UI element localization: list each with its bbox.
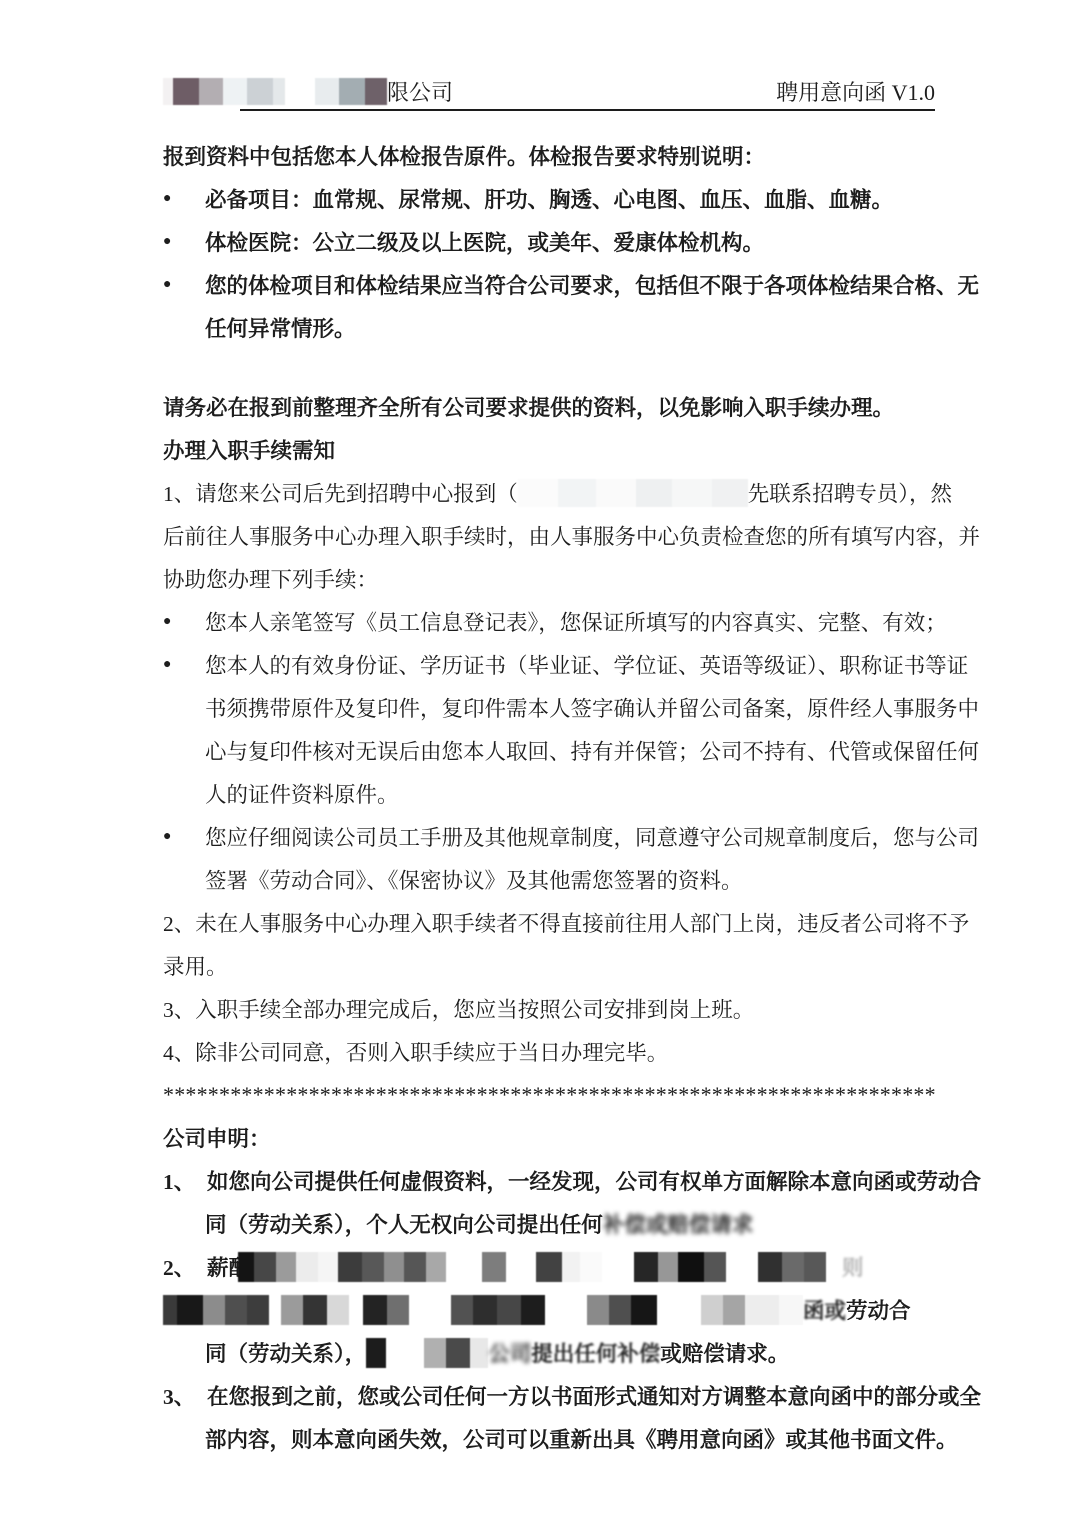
notice-bullet-2-text: 您本人的有效身份证、学历证书（毕业证、学位证、英语等级证）、职称证书等证 [205, 649, 968, 680]
notice-reminder: 请务必在报到前整理齐全所有公司要求提供的资料，以免影响入职手续办理。 [163, 385, 935, 428]
declaration-item-2-text-cont: 同（劳动关系）， [205, 1337, 366, 1368]
notice-item-3: 3、入职手续全部办理完成后，您应当按照公司安排到岗上班。 [163, 987, 935, 1030]
notice-bullet-3-text: 您应仔细阅读公司员工手册及其他规章制度，同意遵守公司规章制度后，您与公司 [205, 821, 979, 852]
notice-item-1-line-2-text: 后前往人事服务中心办理入职手续时，由人事服务中心负责检查您的所有填写内容，并 [163, 520, 980, 551]
declaration-item-1-line-2: 同（劳动关系），个人无权向公司提出任何 补偿或赔偿请求 [163, 1202, 935, 1245]
medical-bullet-1-text: 必备项目：血常规、尿常规、肝功、胸透、心电图、血压、血脂、血糖。 [205, 183, 893, 214]
notice-bullet-2-text-cont: 人的证件资料原件。 [205, 778, 399, 809]
declaration-heading: 公司申明： [163, 1116, 935, 1159]
page-header: 限公司 聘用意向函 V1.0 [163, 75, 935, 108]
medical-bullet-2-text: 体检医院：公立二级及以上医院，或美年、爱康体检机构。 [205, 226, 764, 257]
redacted-contact-info [518, 479, 748, 507]
medical-bullet-3-line-2: 任何异常情形。 [163, 306, 935, 349]
bullet-icon: ● [163, 658, 205, 672]
faint-text-remnant: 则 [842, 1251, 864, 1282]
medical-lead-text: 报到资料中包括您本人体检报告原件。体检报告要求特别说明： [163, 140, 765, 171]
company-name-suffix: 限公司 [387, 76, 453, 107]
header-rule [240, 109, 935, 111]
partially-blurred-text: 提出任何补偿 [531, 1337, 660, 1368]
notice-item-2-text: 2、未在人事服务中心办理入职手续者不得直接前往用人部门上岗，违反者公司将不予 [163, 907, 969, 938]
notice-item-1-prefix: 1、请您来公司后先到招聘中心报到（ [163, 477, 518, 508]
notice-item-1-line-1: 1、请您来公司后先到招聘中心报到（ 先联系招聘专员），然 [163, 471, 935, 514]
notice-item-1-line-3-text: 协助您办理下列手续： [163, 563, 378, 594]
declaration-item-2-text-cont: 劳动合 [846, 1294, 911, 1325]
declaration-item-2-text-end: 或赔偿请求。 [660, 1337, 789, 1368]
notice-item-2-line-1: 2、未在人事服务中心办理入职手续者不得直接前往用人部门上岗，违反者公司将不予 [163, 901, 935, 944]
notice-bullet-2-line-3: 心与复印件核对无误后由您本人取回、持有并保管；公司不持有、代管或保留任何 [163, 729, 935, 772]
notice-bullet-3-line-2: 签署《劳动合同》、《保密协议》及其他需您签署的资料。 [163, 858, 935, 901]
asterisk-separator-text: ****************************************… [163, 1082, 935, 1108]
declaration-item-3-text-cont: 部内容，则本意向函失效，公司可以重新出具《聘用意向函》或其他书面文件。 [205, 1423, 958, 1454]
redacted-company-name-block-1 [163, 78, 285, 105]
redacted-text-block [163, 1295, 803, 1325]
bullet-icon: ● [163, 278, 205, 292]
document-title: 聘用意向函 V1.0 [776, 76, 935, 107]
notice-bullet-1-text: 您本人亲笔签写《员工信息登记表》，您保证所填写的内容真实、完整、有效； [205, 606, 947, 637]
declaration-item-3-line-1: 3、 在您报到之前，您或公司任何一方以书面形式通知对方调整本意向函中的部分或全 [163, 1374, 935, 1417]
bullet-icon: ● [163, 192, 205, 206]
notice-heading: 办理入职手续需知 [163, 428, 935, 471]
medical-bullet-1: ● 必备项目：血常规、尿常规、肝功、胸透、心电图、血压、血脂、血糖。 [163, 177, 935, 220]
notice-bullet-2-line-2: 书须携带原件及复印件，复印件需本人签字确认并留公司备案，原件经人事服务中 [163, 686, 935, 729]
document-page: 限公司 聘用意向函 V1.0 报到资料中包括您本人体检报告原件。体检报告要求特别… [0, 0, 1080, 1527]
declaration-item-1-text-cont: 同（劳动关系），个人无权向公司提出任何 [205, 1208, 603, 1239]
declaration-item-3-line-2: 部内容，则本意向函失效，公司可以重新出具《聘用意向函》或其他书面文件。 [163, 1417, 935, 1460]
redacted-company-name-block-2 [315, 78, 387, 105]
declaration-item-1-line-1: 1、 如您向公司提供任何虚假资料，一经发现，公司有权单方面解除本意向函或劳动合 [163, 1159, 935, 1202]
redacted-text-block [366, 1338, 488, 1368]
redacted-text-block [238, 1252, 842, 1282]
partially-blurred-text: 函或 [803, 1294, 846, 1325]
redacted-blurred-text: 公司 [488, 1337, 531, 1368]
notice-bullet-1: ● 您本人亲笔签写《员工信息登记表》，您保证所填写的内容真实、完整、有效； [163, 600, 935, 643]
notice-bullet-2-line-1: ● 您本人的有效身份证、学历证书（毕业证、学位证、英语等级证）、职称证书等证 [163, 643, 935, 686]
medical-bullet-3-text: 您的体检项目和体检结果应当符合公司要求，包括但不限于各项体检结果合格、无 [205, 269, 979, 300]
notice-item-4-text: 4、除非公司同意，否则入职手续应于当日办理完毕。 [163, 1036, 668, 1067]
medical-bullet-3-text-cont: 任何异常情形。 [205, 312, 356, 343]
declaration-item-2-line-1: 2、 薪酬 则 [163, 1245, 935, 1288]
medical-lead-paragraph: 报到资料中包括您本人体检报告原件。体检报告要求特别说明： [163, 134, 935, 177]
notice-heading-text: 办理入职手续需知 [163, 434, 335, 465]
medical-bullet-2: ● 体检医院：公立二级及以上医院，或美年、爱康体检机构。 [163, 220, 935, 263]
declaration-item-1-number: 1、 [163, 1165, 207, 1196]
declaration-item-2-line-3: 同（劳动关系）， 公司 提出任何补偿 或赔偿请求。 [163, 1331, 935, 1374]
notice-bullet-2-text-cont: 书须携带原件及复印件，复印件需本人签字确认并留公司备案，原件经人事服务中 [205, 692, 979, 723]
notice-item-1-line-3: 协助您办理下列手续： [163, 557, 935, 600]
bullet-icon: ● [163, 615, 205, 629]
declaration-item-3-text: 在您报到之前，您或公司任何一方以书面形式通知对方调整本意向函中的部分或全 [207, 1380, 981, 1411]
notice-item-2-line-2: 录用。 [163, 944, 935, 987]
redacted-blurred-text: 补偿或赔偿请求 [603, 1208, 754, 1239]
medical-bullet-3-line-1: ● 您的体检项目和体检结果应当符合公司要求，包括但不限于各项体检结果合格、无 [163, 263, 935, 306]
bullet-icon: ● [163, 830, 205, 844]
declaration-item-1-text: 如您向公司提供任何虚假资料，一经发现，公司有权单方面解除本意向函或劳动合 [207, 1165, 981, 1196]
notice-bullet-2-text-cont: 心与复印件核对无误后由您本人取回、持有并保管；公司不持有、代管或保留任何 [205, 735, 979, 766]
notice-bullet-3-line-1: ● 您应仔细阅读公司员工手册及其他规章制度，同意遵守公司规章制度后，您与公司 [163, 815, 935, 858]
notice-item-3-text: 3、入职手续全部办理完成后，您应当按照公司安排到岗上班。 [163, 993, 754, 1024]
notice-item-2-text-cont: 录用。 [163, 950, 228, 981]
notice-reminder-text: 请务必在报到前整理齐全所有公司要求提供的资料，以免影响入职手续办理。 [163, 391, 894, 422]
declaration-heading-text: 公司申明： [163, 1122, 271, 1153]
notice-item-4: 4、除非公司同意，否则入职手续应于当日办理完毕。 [163, 1030, 935, 1073]
header-gap [285, 91, 315, 92]
notice-item-1-line-2: 后前往人事服务中心办理入职手续时，由人事服务中心负责检查您的所有填写内容，并 [163, 514, 935, 557]
notice-item-1-suffix: 先联系招聘专员），然 [748, 477, 952, 508]
notice-bullet-3-text-cont: 签署《劳动合同》、《保密协议》及其他需您签署的资料。 [205, 864, 743, 895]
bullet-icon: ● [163, 235, 205, 249]
declaration-item-2-number: 2、 [163, 1251, 207, 1282]
notice-bullet-2-line-4: 人的证件资料原件。 [163, 772, 935, 815]
declaration-item-3-number: 3、 [163, 1380, 207, 1411]
asterisk-separator: ****************************************… [163, 1073, 935, 1116]
declaration-item-2-line-2: 函或 劳动合 [163, 1288, 935, 1331]
